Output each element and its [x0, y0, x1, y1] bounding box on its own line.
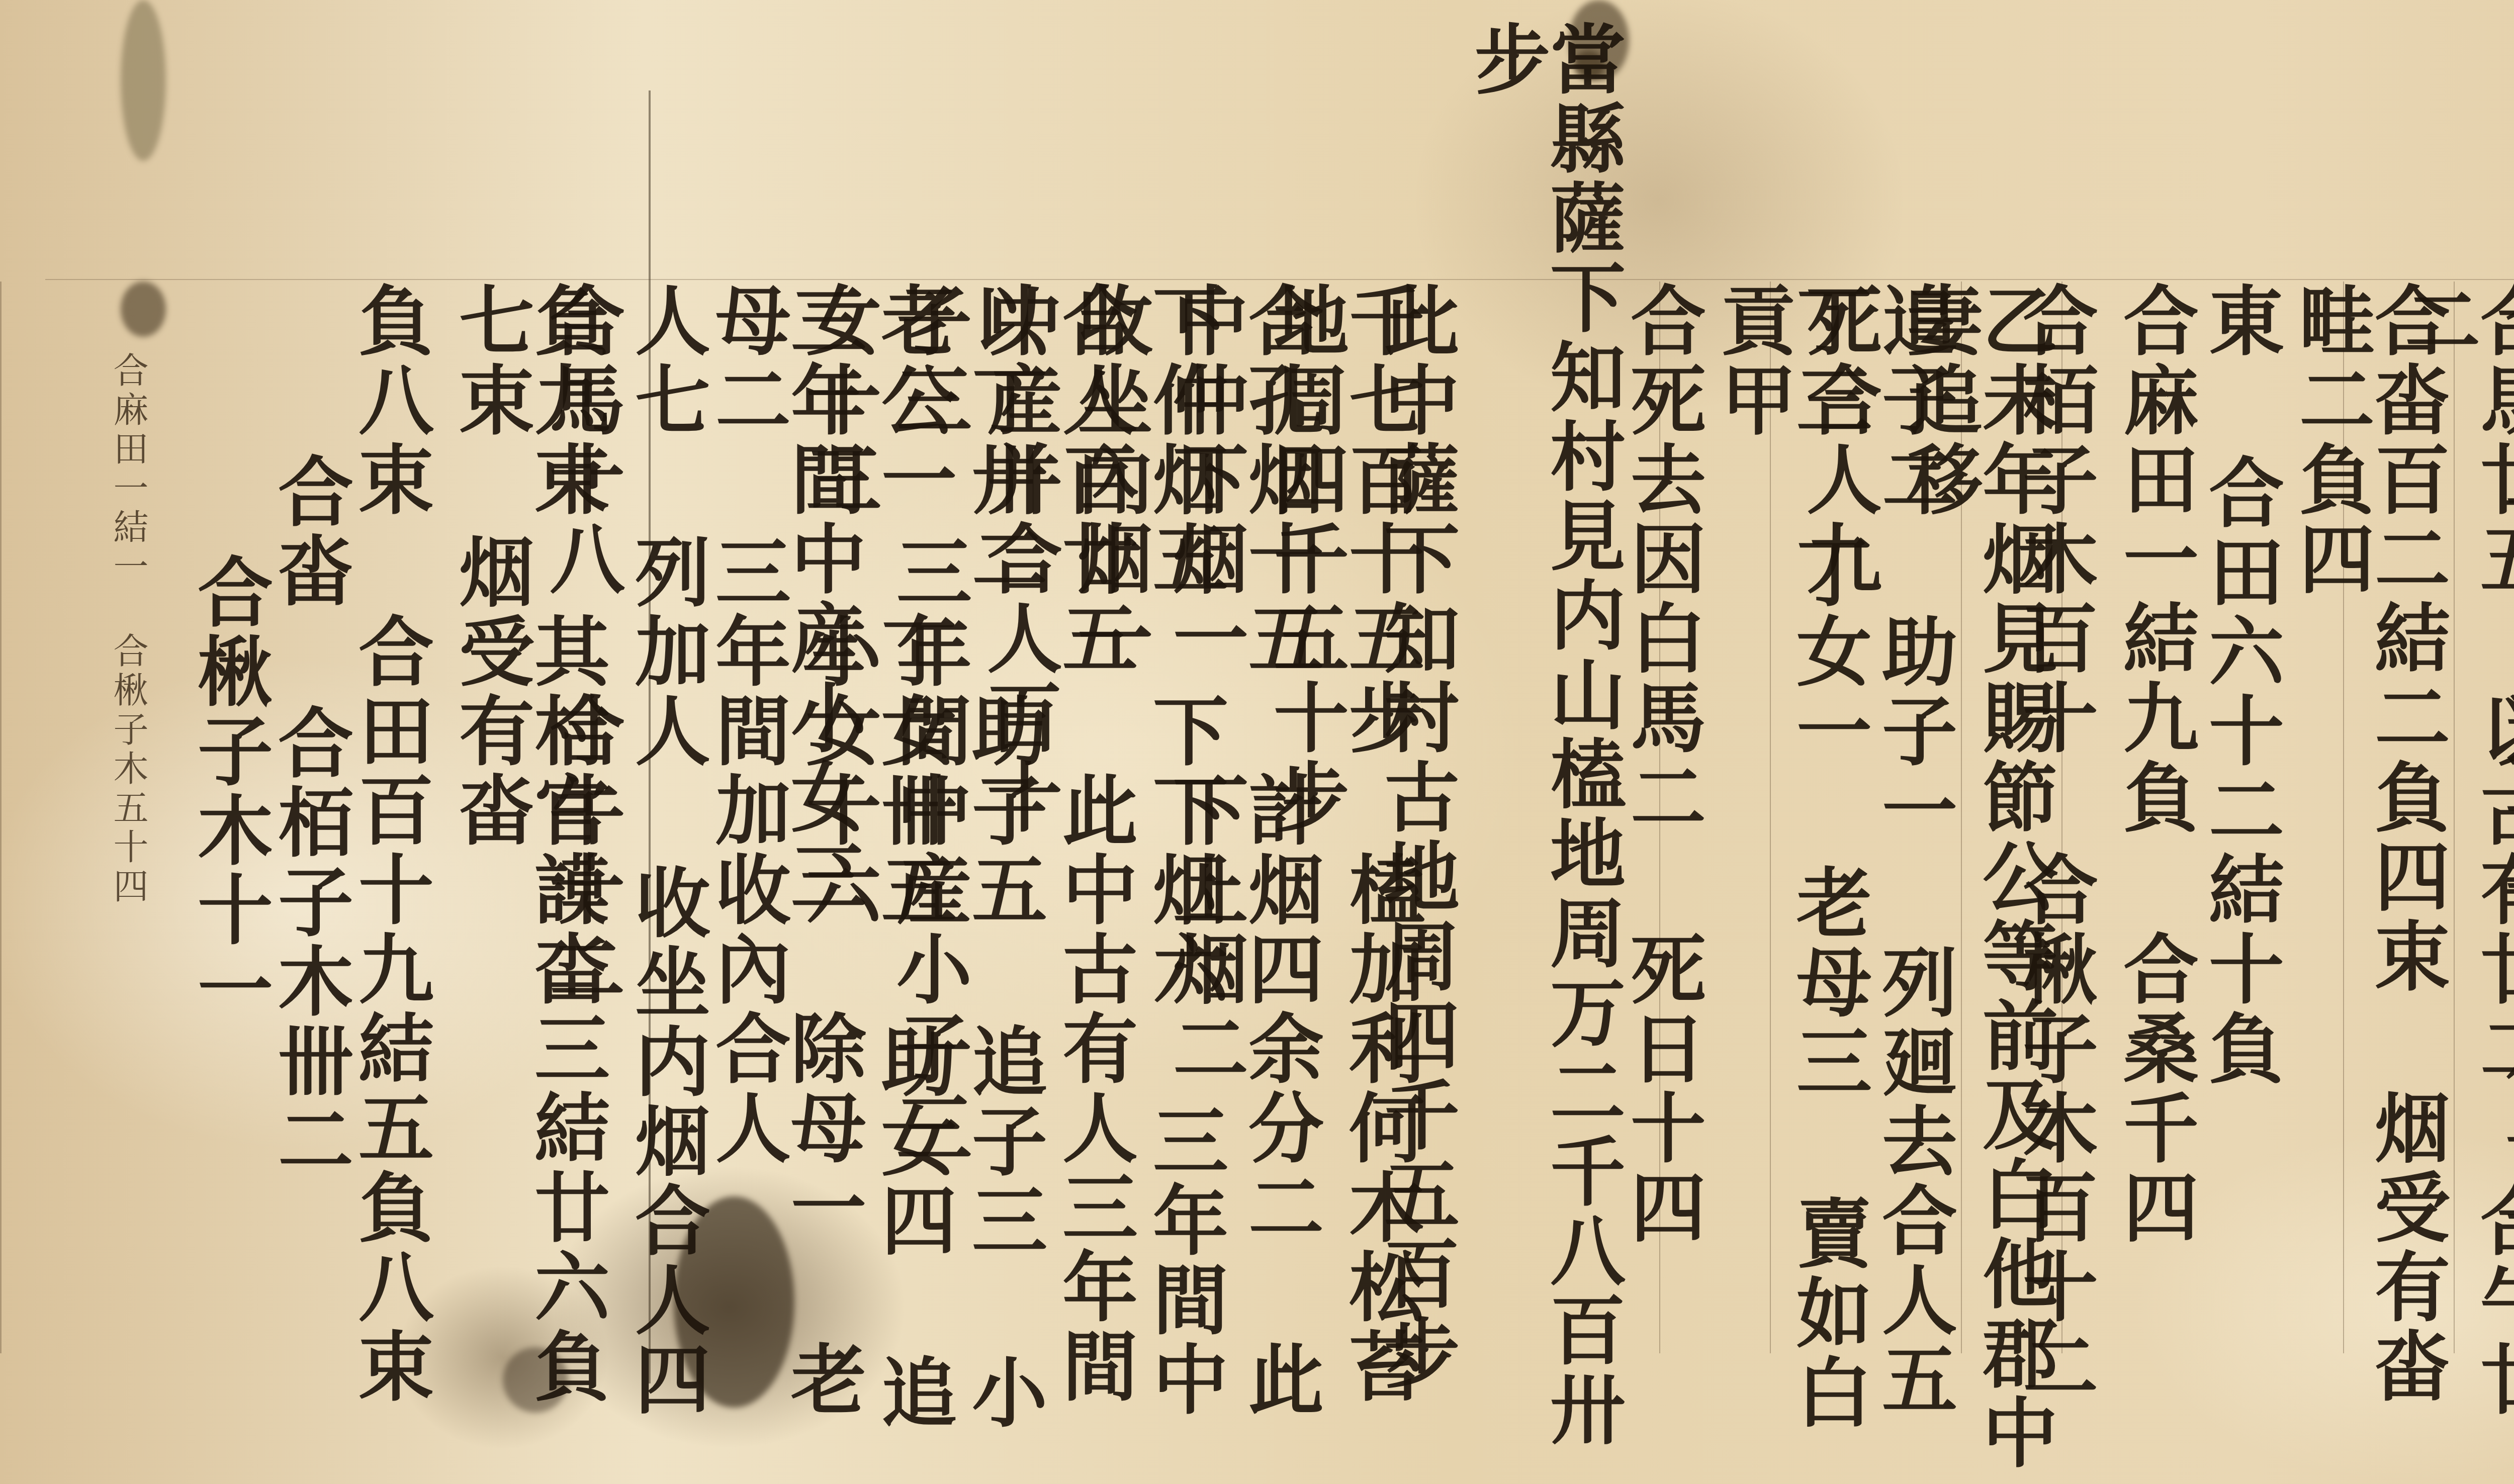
text-column: 合死去因白馬二 死日十四: [1624, 282, 1699, 1248]
text-column: 東 合田六十二結十負: [2202, 282, 2278, 1089]
ink-stain: [121, 282, 166, 337]
text-column: 人七 列加人 收坐内烟合人四: [628, 282, 704, 1420]
text-column: 負九束 其村官謨畓三結廿六負七束 烟受有畓: [453, 282, 603, 1484]
text-column: 合畓百二結二負四束 烟受有畓 畦二負四: [2293, 282, 2444, 1484]
column-rule: [0, 282, 2, 1353]
text-column: 負八束 合田百十九結五負八束: [352, 282, 427, 1407]
row-rule: [45, 279, 2514, 280]
text-column: 合楸子木十一: [191, 553, 266, 1030]
text-column: 丁三 丁女一 老母三 賣如白貢甲: [1715, 282, 1865, 1484]
text-column: 合麻田一結一 合楸子木五十四: [111, 352, 146, 907]
ink-stain: [121, 0, 166, 161]
text-column: 合畓 合栢子木卌二: [272, 452, 347, 1180]
text-column: 合麻田一結九負 合桑千四: [2117, 282, 2192, 1248]
heading-column: 當縣薩下知村見内山榼地周万二千八百卅步: [1468, 20, 1619, 1484]
text-column: 三年間中産小女三 除母一 老母二 三年間加收內合人: [709, 282, 860, 1484]
